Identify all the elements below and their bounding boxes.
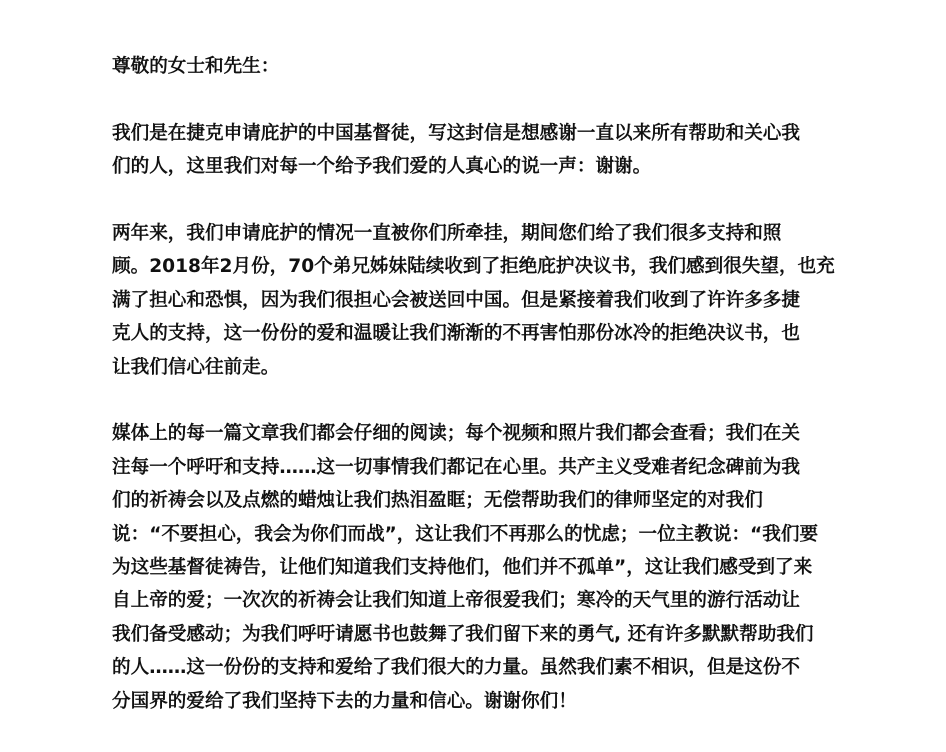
text-line: 满了担心和恐惧，因为我们很担心会被送回中国。但是紧接着我们收到了许许多多捷: [112, 284, 854, 317]
paragraph-1: 我们是在捷克申请庇护的中国基督徒，写这封信是想感谢一直以来所有帮助和关心我 们的…: [112, 117, 854, 184]
text-line: 自上帝的爱；一次次的祈祷会让我们知道上帝很爱我们；寒冷的天气里的游行活动让: [112, 584, 854, 617]
paragraph-3: 媒体上的每一篇文章我们都会仔细的阅读；每个视频和照片我们都会查看；我们在关 注每…: [112, 417, 854, 718]
text-line: 我们是在捷克申请庇护的中国基督徒，写这封信是想感谢一直以来所有帮助和关心我: [112, 117, 854, 150]
letter-body: 尊敬的女士和先生： 我们是在捷克申请庇护的中国基督徒，写这封信是想感谢一直以来所…: [112, 50, 854, 751]
text-line: 们的人，这里我们对每一个给予我们爱的人真心的说一声：谢谢。: [112, 150, 854, 183]
text-line: 让我们信心往前走。: [112, 351, 854, 384]
text-line: 我们备受感动；为我们呼吁请愿书也鼓舞了我们留下来的勇气, 还有许多默默帮助我们: [112, 618, 854, 651]
text-line: 分国界的爱给了我们坚持下去的力量和信心。谢谢你们！: [112, 685, 854, 718]
text-line: 说：“不要担心，我会为你们而战”，这让我们不再那么的忧虑；一位主教说：“我们要: [112, 518, 854, 551]
paragraph-2: 两年来，我们申请庇护的情况一直被你们所牵挂，期间您们给了我们很多支持和照 顾。2…: [112, 217, 854, 384]
salutation: 尊敬的女士和先生：: [112, 50, 854, 83]
text-line: 克人的支持，这一份份的爱和温暖让我们渐渐的不再害怕那份冰冷的拒绝决议书，也: [112, 317, 854, 350]
text-line: 为这些基督徒祷告，让他们知道我们支持他们，他们并不孤单”，这让我们感受到了来: [112, 551, 854, 584]
text-line: 注每一个呼吁和支持……这一切事情我们都记在心里。共产主义受难者纪念碑前为我: [112, 451, 854, 484]
text-line: 两年来，我们申请庇护的情况一直被你们所牵挂，期间您们给了我们很多支持和照: [112, 217, 854, 250]
text-line: 们的祈祷会以及点燃的蜡烛让我们热泪盈眶；无偿帮助我们的律师坚定的对我们: [112, 484, 854, 517]
text-line: 媒体上的每一篇文章我们都会仔细的阅读；每个视频和照片我们都会查看；我们在关: [112, 417, 854, 450]
text-line: 的人……这一份份的支持和爱给了我们很大的力量。虽然我们素不相识，但是这份不: [112, 651, 854, 684]
text-line: 顾。2018年2月份，70个弟兄姊妹陆续收到了拒绝庇护决议书，我们感到很失望，也…: [112, 250, 854, 283]
